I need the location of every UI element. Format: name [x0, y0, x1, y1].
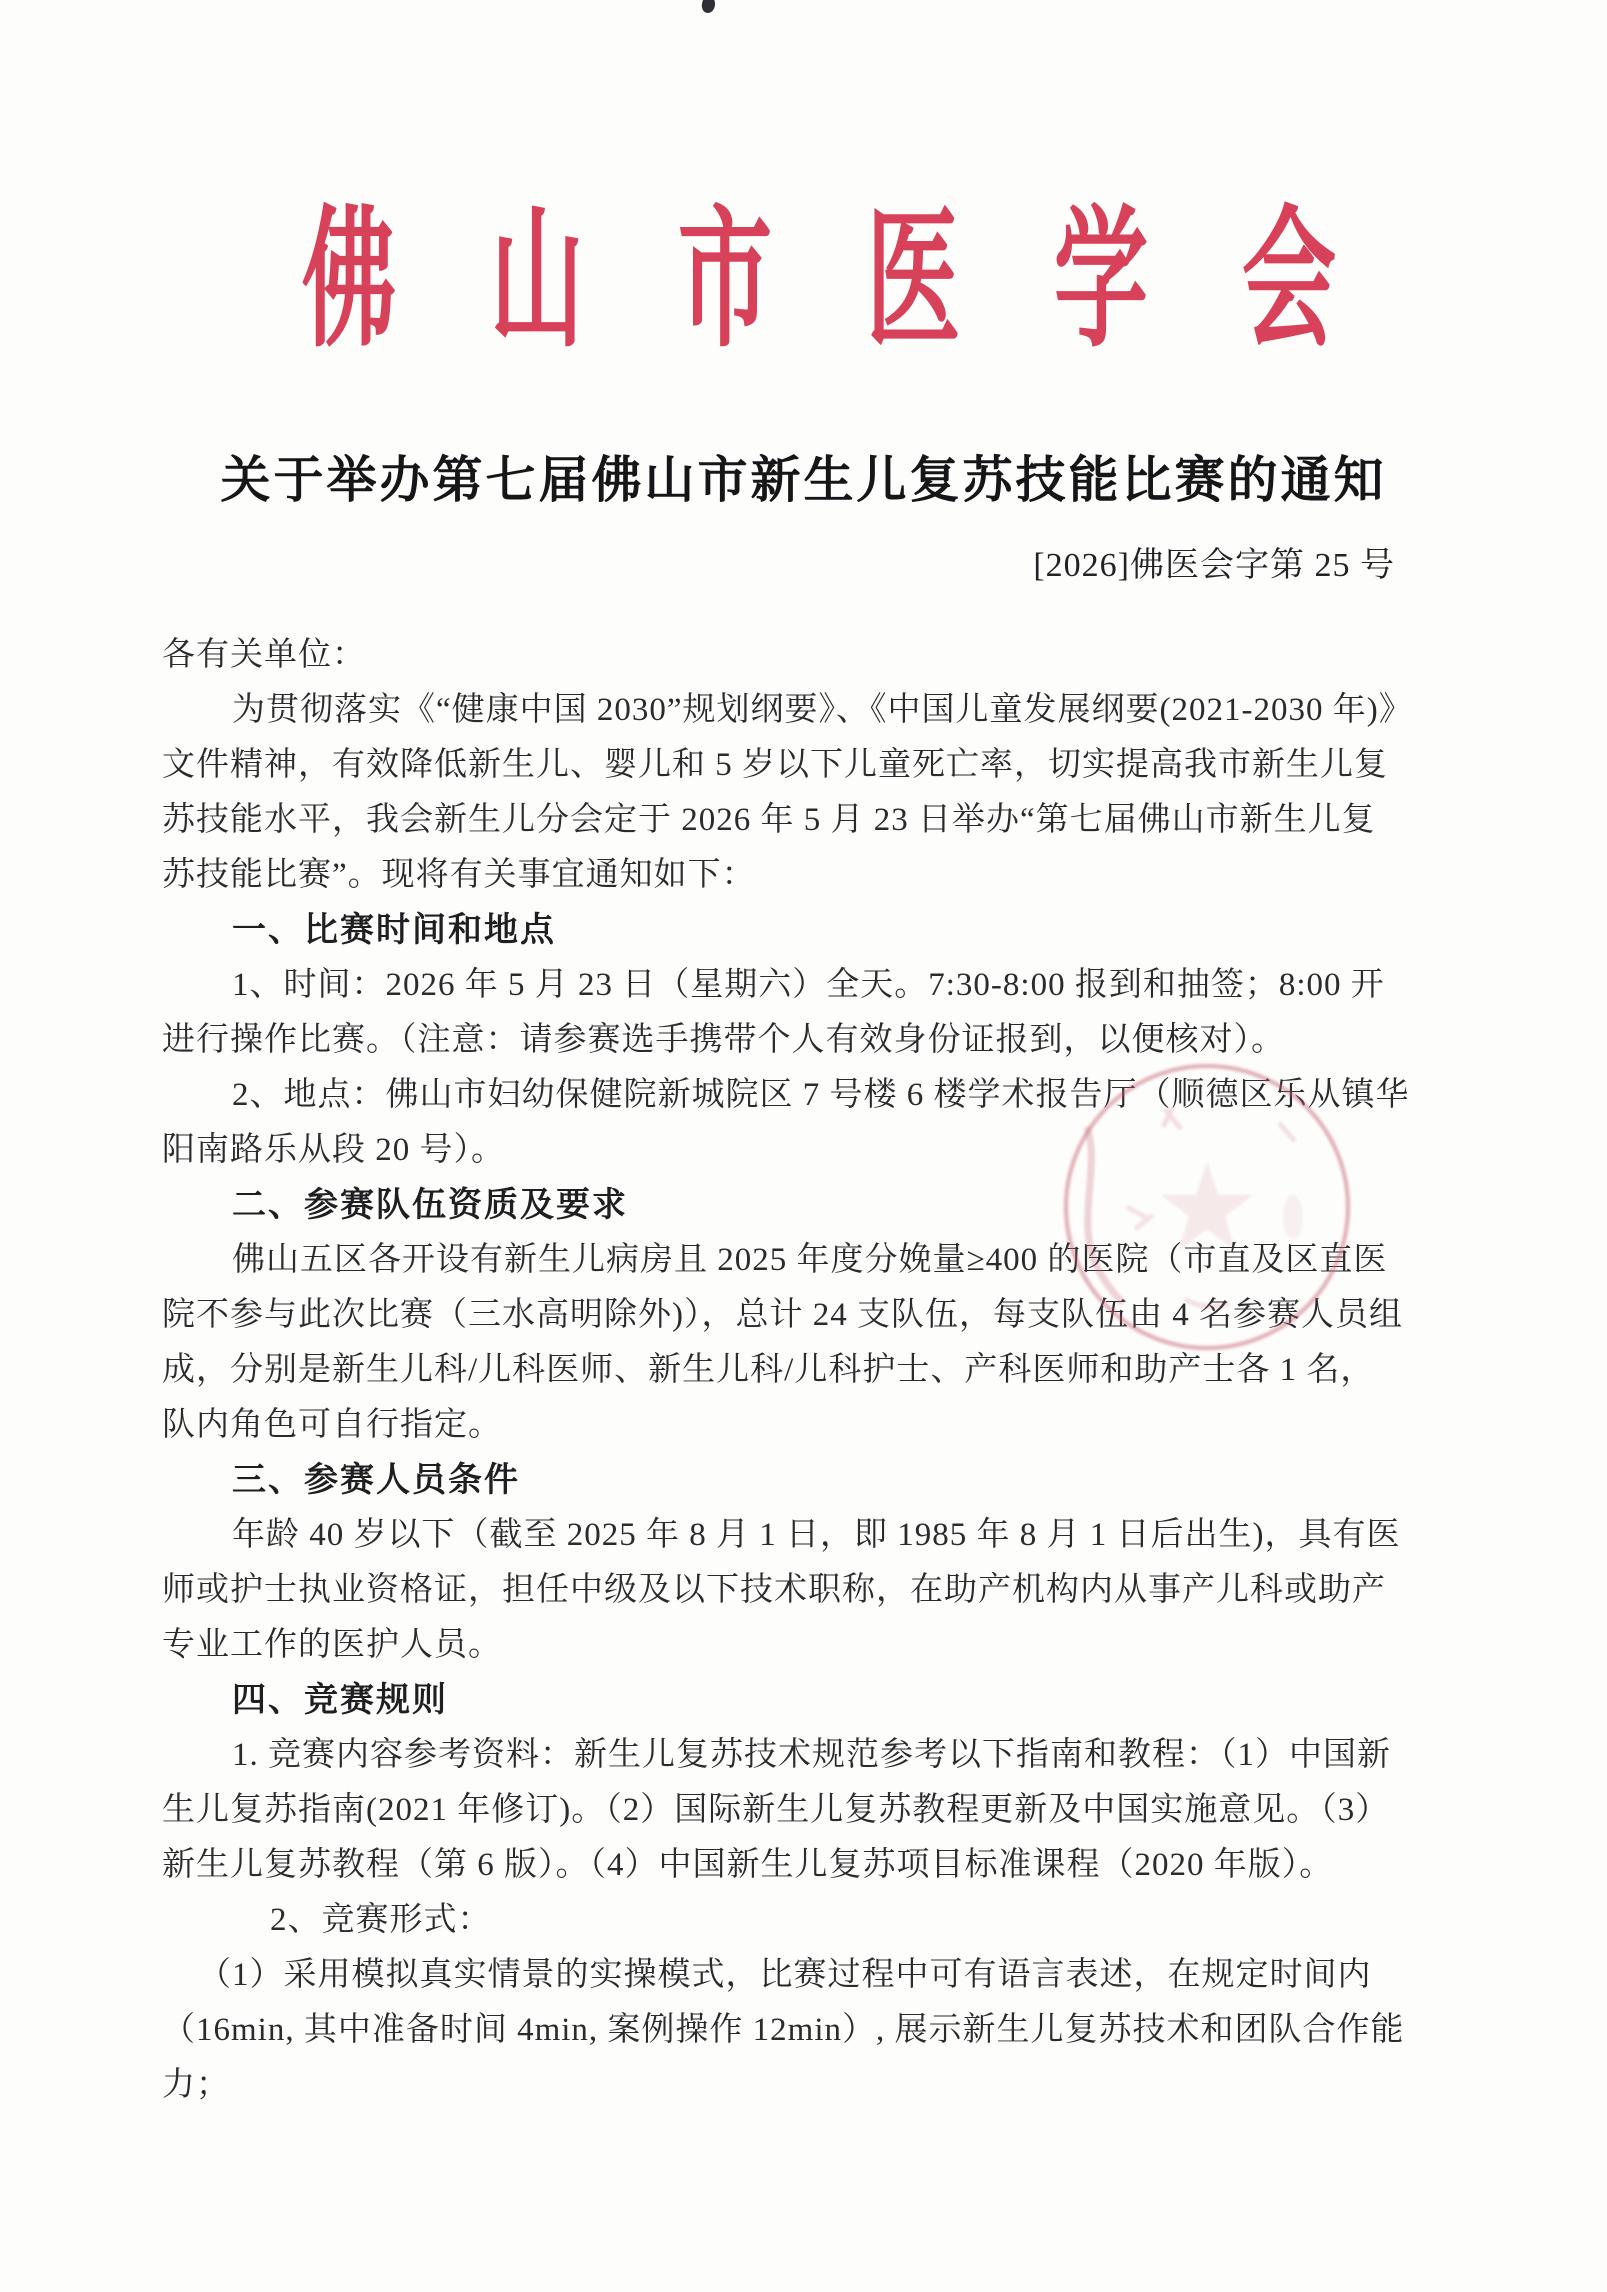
body-line: 师或护士执业资格证，担任中级及以下技术职称，在助产机构内从事产儿科或助产: [162, 1563, 1467, 1618]
letterhead-char: 会: [1241, 202, 1335, 360]
section-heading: 四、竞赛规则: [162, 1673, 1467, 1728]
body-line: 进行操作比赛。（注意：请参赛选手携带个人有效身份证报到，以便核对）。: [162, 1013, 1467, 1068]
body-line: 为贯彻落实《“健康中国 2030”规划纲要》、《中国儿童发展纲要(2021-20…: [162, 683, 1467, 738]
body-line: 2、竞赛形式：: [162, 1893, 1467, 1948]
body-line: （1）采用模拟真实情景的实操模式，比赛过程中可有语言表述，在规定时间内: [162, 1948, 1467, 2003]
body-line: 新生儿复苏教程（第 6 版）。（4）中国新生儿复苏项目标准课程（2020 年版）…: [162, 1838, 1467, 1893]
document-page: 佛山市医学会 关于举办第七届佛山市新生儿复苏技能比赛的通知 [2026]佛医会字…: [0, 0, 1607, 2292]
body-line: 专业工作的医护人员。: [162, 1618, 1467, 1673]
letterhead-char: 学: [1053, 202, 1147, 360]
letterhead: 佛山市医学会: [30, 202, 1607, 360]
body-line: 院不参与此次比赛（三水高明除外)），总计 24 支队伍，每支队伍由 4 名参赛人…: [162, 1288, 1467, 1343]
body-line: 各有关单位：: [162, 628, 1467, 683]
body-line: 苏技能水平，我会新生儿分会定于 2026 年 5 月 23 日举办“第七届佛山市…: [162, 793, 1467, 848]
body-line: 2、地点：佛山市妇幼保健院新城院区 7 号楼 6 楼学术报告厅（顺德区乐从镇华: [162, 1068, 1467, 1123]
body-line: 队内角色可自行指定。: [162, 1398, 1467, 1453]
body-line: （16min, 其中准备时间 4min, 案例操作 12min）, 展示新生儿复…: [162, 2003, 1467, 2058]
letterhead-char: 医: [865, 202, 959, 360]
body-line: 1. 竞赛内容参考资料：新生儿复苏技术规范参考以下指南和教程：（1）中国新: [162, 1728, 1467, 1783]
section-heading: 一、比赛时间和地点: [162, 903, 1467, 958]
document-title: 关于举办第七届佛山市新生儿复苏技能比赛的通知: [0, 452, 1607, 508]
body-line: 生儿复苏指南(2021 年修订)。（2）国际新生儿复苏教程更新及中国实施意见。（…: [162, 1783, 1467, 1838]
body-line: 力；: [162, 2058, 1467, 2113]
scan-artifact: [700, 0, 716, 14]
section-heading: 二、参赛队伍资质及要求: [162, 1178, 1467, 1233]
body-line: 阳南路乐从段 20 号）。: [162, 1123, 1467, 1178]
section-heading: 三、参赛人员条件: [162, 1453, 1467, 1508]
body-line: 苏技能比赛”。现将有关事宜通知如下：: [162, 848, 1467, 903]
body-line: 年龄 40 岁以下（截至 2025 年 8 月 1 日，即 1985 年 8 月…: [162, 1508, 1467, 1563]
body-line: 佛山五区各开设有新生儿病房且 2025 年度分娩量≥400 的医院（市直及区直医: [162, 1233, 1467, 1288]
body-line: 成，分别是新生儿科/儿科医师、新生儿科/儿科护士、产科医师和助产士各 1 名，: [162, 1343, 1467, 1398]
letterhead-char: 山: [489, 202, 583, 360]
letterhead-char: 佛: [301, 202, 395, 360]
document-body: 各有关单位：为贯彻落实《“健康中国 2030”规划纲要》、《中国儿童发展纲要(2…: [162, 628, 1467, 2113]
body-line: 文件精神，有效降低新生儿、婴儿和 5 岁以下儿童死亡率，切实提高我市新生儿复: [162, 738, 1467, 793]
letterhead-char: 市: [677, 202, 771, 360]
document-number: [2026]佛医会字第 25 号: [1033, 546, 1395, 586]
body-line: 1、时间：2026 年 5 月 23 日（星期六）全天。7:30-8:00 报到…: [162, 958, 1467, 1013]
